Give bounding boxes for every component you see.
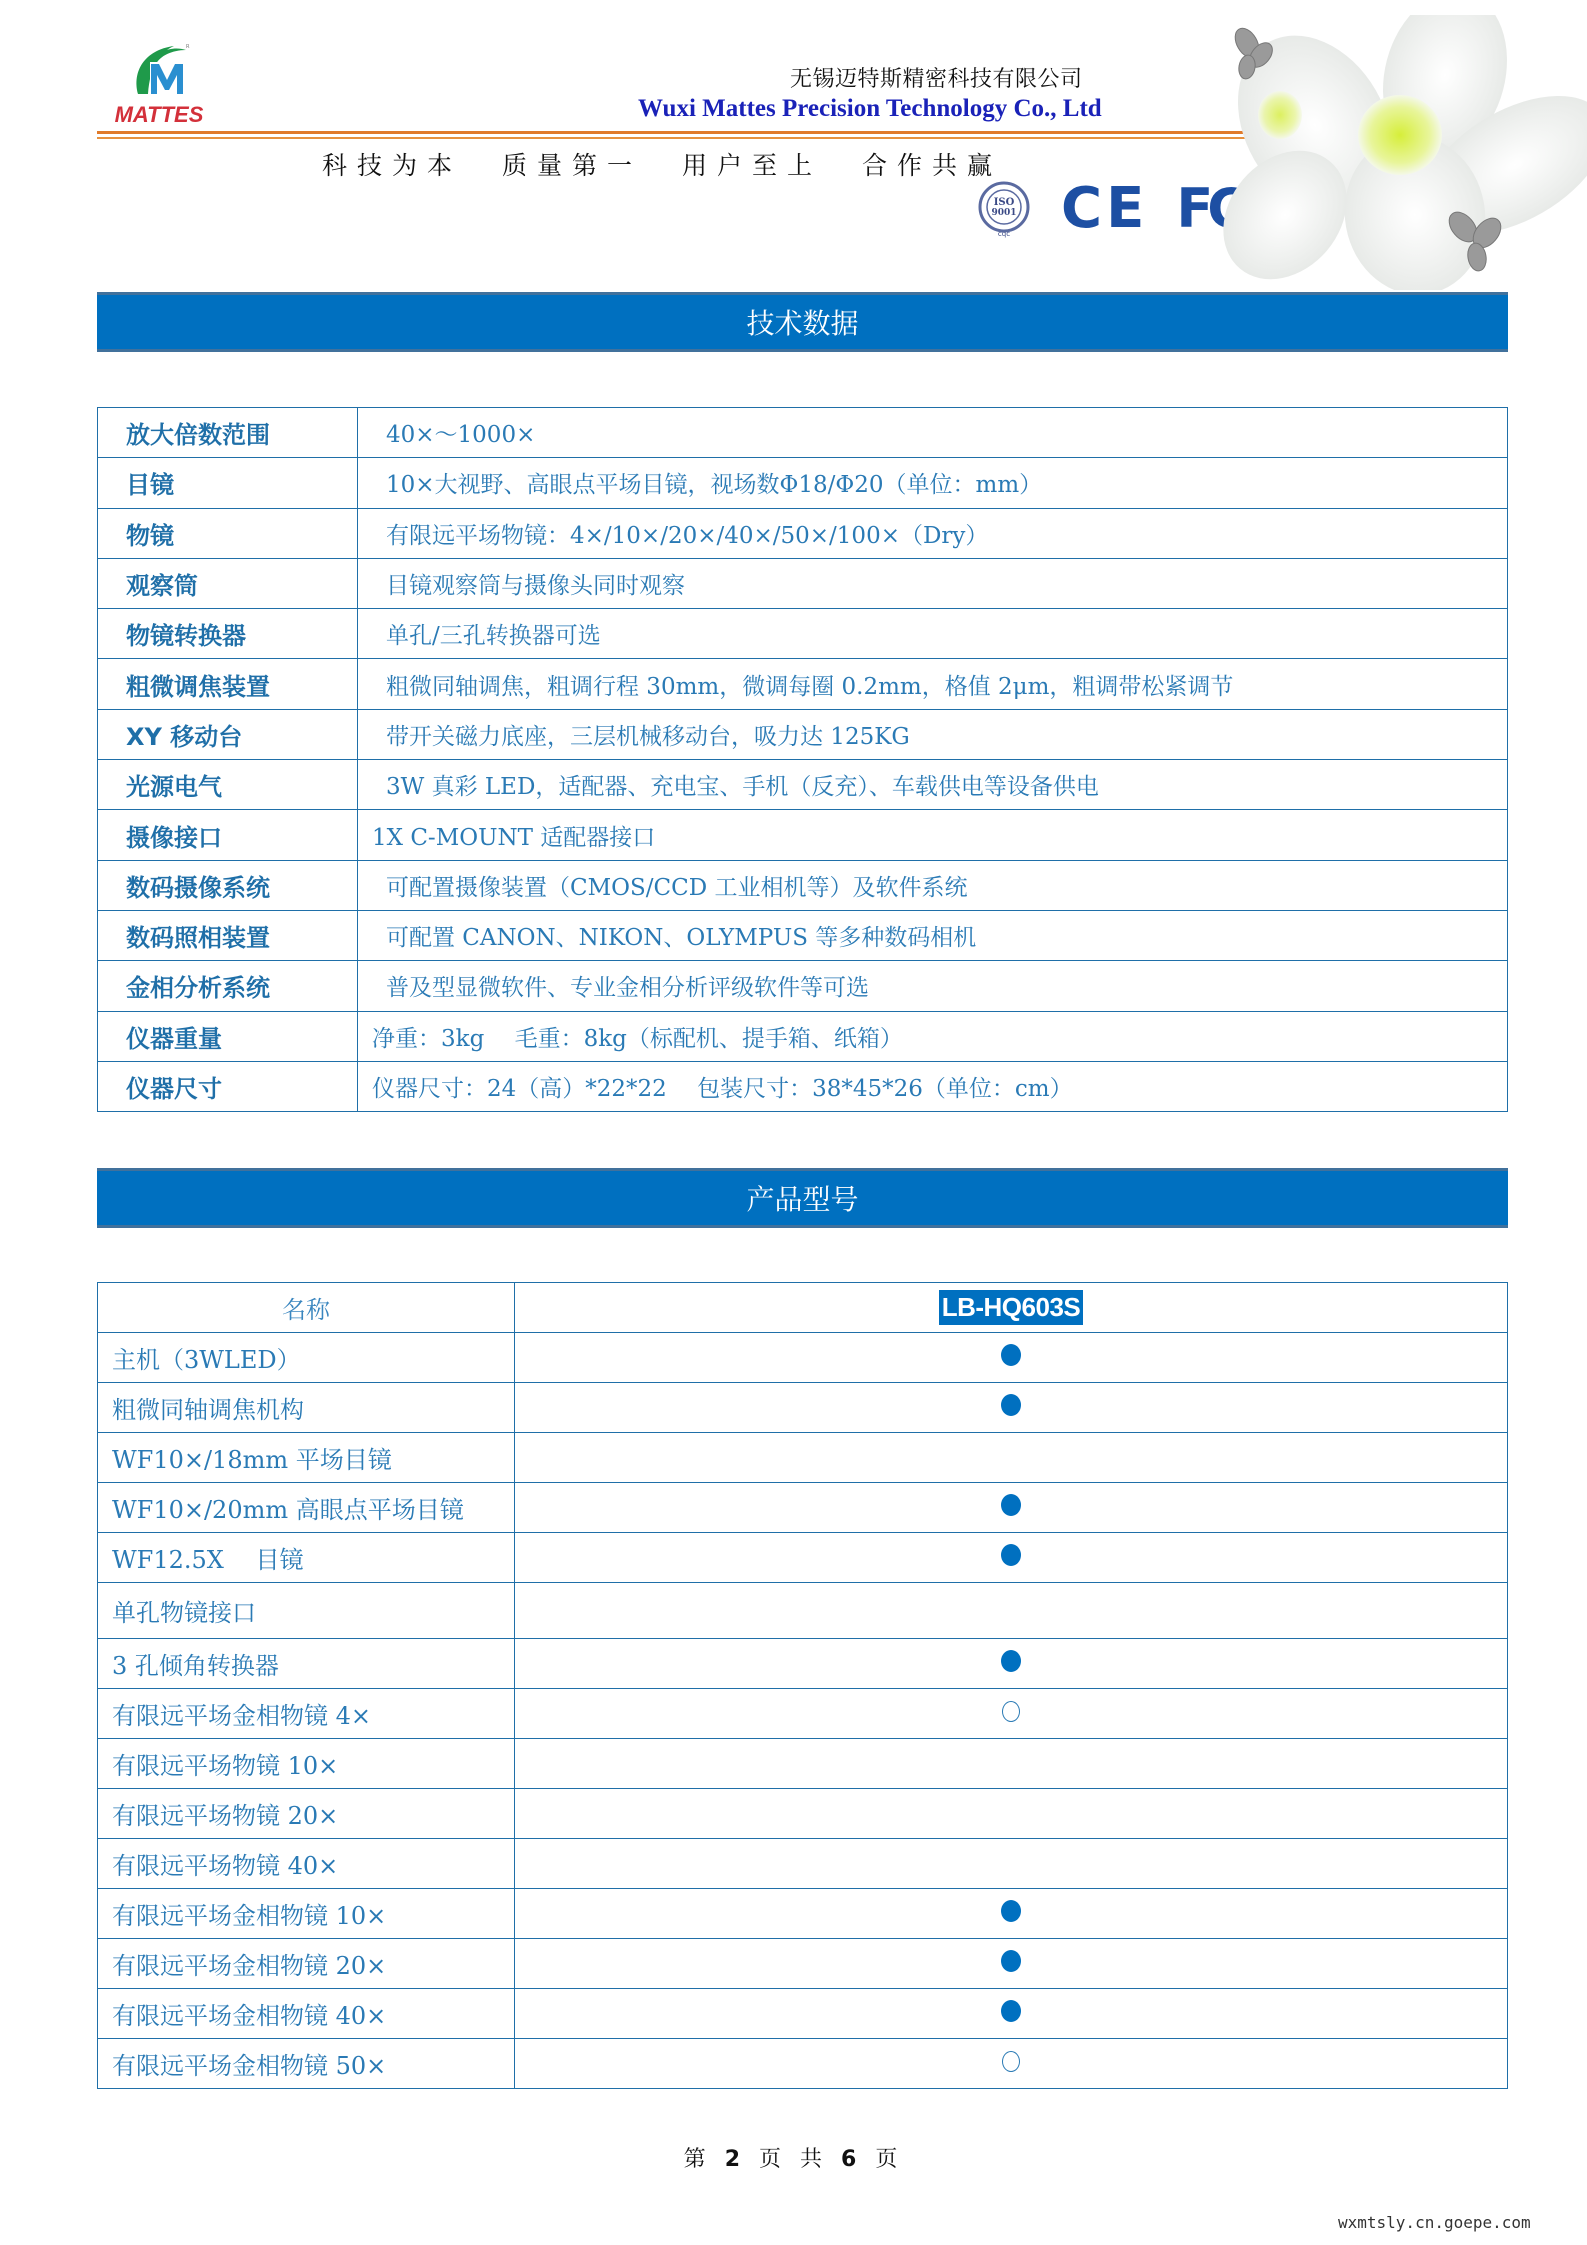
tech-spec-table: 放大倍数范围40×～1000× 目镜10×大视野、高眼点平场目镜，视场数Φ18/… (97, 407, 1508, 1112)
component-name: 有限远平场金相物镜 10× (98, 1889, 515, 1939)
inclusion-cell (515, 1639, 1508, 1689)
table-row: 有限远平场金相物镜 40× (98, 1989, 1508, 2039)
table-row: 主机（3WLED） (98, 1333, 1508, 1383)
mattes-logo-icon: R (130, 42, 190, 100)
spec-label: XY 移动台 (98, 709, 358, 759)
standard-included-icon (1001, 1544, 1021, 1566)
company-name-en: Wuxi Mattes Precision Technology Co., Lt… (638, 95, 1102, 123)
table-header-row: 名称 LB-HQ603S (98, 1283, 1508, 1333)
optional-icon (1002, 2051, 1020, 2072)
inclusion-cell (515, 1889, 1508, 1939)
inclusion-cell (515, 1939, 1508, 1989)
company-logo: R MATTES (100, 42, 218, 134)
component-name: 有限远平场金相物镜 4× (98, 1689, 515, 1739)
svg-text:9001: 9001 (991, 208, 1016, 218)
table-row: 单孔物镜接口 (98, 1583, 1508, 1639)
table-row: 有限远平场物镜 20× (98, 1789, 1508, 1839)
spec-label: 放大倍数范围 (98, 408, 358, 458)
optional-icon (1002, 1701, 1020, 1722)
component-name: 主机（3WLED） (98, 1333, 515, 1383)
inclusion-cell (515, 1583, 1508, 1639)
table-row: WF12.5X 目镜 (98, 1533, 1508, 1583)
spec-label: 物镜 (98, 508, 358, 558)
iso-9001-icon: ISO 9001 cqc (975, 180, 1033, 238)
spec-label: 金相分析系统 (98, 961, 358, 1011)
page-prefix: 第 (684, 2147, 712, 2172)
table-row: 有限远平场金相物镜 20× (98, 1939, 1508, 1989)
model-name-badge: LB-HQ603S (939, 1290, 1084, 1325)
spec-label: 仪器尺寸 (98, 1061, 358, 1111)
spec-value: 40×～1000× (358, 408, 1508, 458)
slogan-item: 质量第一 (502, 146, 642, 182)
ce-mark-icon: CE (1061, 180, 1148, 238)
svg-text:R: R (186, 44, 190, 50)
column-header-name: 名称 (98, 1283, 515, 1333)
standard-included-icon (1001, 1344, 1021, 1366)
component-name: 单孔物镜接口 (98, 1583, 515, 1639)
spec-value: 有限远平场物镜：4×/10×/20×/40×/50×/100×（Dry） (358, 508, 1508, 558)
inclusion-cell (515, 1383, 1508, 1433)
table-row: 放大倍数范围40×～1000× (98, 408, 1508, 458)
table-row: 数码照相装置可配置 CANON、NIKON、OLYMPUS 等多种数码相机 (98, 910, 1508, 960)
spec-label: 仪器重量 (98, 1011, 358, 1061)
logo-wordmark: MATTES (100, 102, 218, 128)
table-row: 摄像接口1X C-MOUNT 适配器接口 (98, 810, 1508, 860)
spec-value: 粗微同轴调焦，粗调行程 30mm，微调每圈 0.2mm，格值 2μm，粗调带松紧… (358, 659, 1508, 709)
spec-value: 净重：3kg 毛重：8kg（标配机、提手箱、纸箱） (358, 1011, 1508, 1061)
section-header-tech-data: 技术数据 (97, 292, 1508, 352)
inclusion-cell (515, 1333, 1508, 1383)
page-mid: 页 共 (759, 2147, 828, 2172)
component-name: 有限远平场金相物镜 20× (98, 1939, 515, 1989)
component-name: 有限远平场金相物镜 40× (98, 1989, 515, 2039)
inclusion-cell (515, 1789, 1508, 1839)
component-name: 有限远平场物镜 40× (98, 1839, 515, 1889)
spec-value: 带开关磁力底座，三层机械移动台，吸力达 125KG (358, 709, 1508, 759)
inclusion-cell (515, 1433, 1508, 1483)
spec-label: 粗微调焦装置 (98, 659, 358, 709)
column-header-model: LB-HQ603S (515, 1283, 1508, 1333)
table-row: 有限远平场金相物镜 4× (98, 1689, 1508, 1739)
spec-value: 3W 真彩 LED，适配器、充电宝、手机（反充）、车载供电等设备供电 (358, 760, 1508, 810)
spec-label: 光源电气 (98, 760, 358, 810)
table-row: 3 孔倾角转换器 (98, 1639, 1508, 1689)
component-name: WF10×/20mm 高眼点平场目镜 (98, 1483, 515, 1533)
table-row: 光源电气3W 真彩 LED，适配器、充电宝、手机（反充）、车载供电等设备供电 (98, 760, 1508, 810)
table-row: WF10×/18mm 平场目镜 (98, 1433, 1508, 1483)
component-name: 有限远平场金相物镜 50× (98, 2039, 515, 2089)
page-suffix: 页 (875, 2147, 903, 2172)
table-row: 目镜10×大视野、高眼点平场目镜，视场数Φ18/Φ20（单位：mm） (98, 458, 1508, 508)
spec-value: 可配置摄像装置（CMOS/CCD 工业相机等）及软件系统 (358, 860, 1508, 910)
spec-label: 观察筒 (98, 558, 358, 608)
table-row: 粗微调焦装置粗微同轴调焦，粗调行程 30mm，微调每圈 0.2mm，格值 2μm… (98, 659, 1508, 709)
svg-text:ISO: ISO (994, 197, 1015, 208)
spec-label: 摄像接口 (98, 810, 358, 860)
component-name: 有限远平场物镜 20× (98, 1789, 515, 1839)
slogan-item: 科技为本 (322, 146, 462, 182)
page-current: 2 (725, 2147, 746, 2172)
table-row: 物镜有限远平场物镜：4×/10×/20×/40×/50×/100×（Dry） (98, 508, 1508, 558)
slogan-item: 用户至上 (682, 146, 822, 182)
spec-value: 1X C-MOUNT 适配器接口 (358, 810, 1508, 860)
inclusion-cell (515, 1739, 1508, 1789)
inclusion-cell (515, 1839, 1508, 1889)
spec-value: 目镜观察筒与摄像头同时观察 (358, 558, 1508, 608)
standard-included-icon (1001, 2000, 1021, 2022)
table-row: XY 移动台带开关磁力底座，三层机械移动台，吸力达 125KG (98, 709, 1508, 759)
standard-included-icon (1001, 1950, 1021, 1972)
table-row: WF10×/20mm 高眼点平场目镜 (98, 1483, 1508, 1533)
standard-included-icon (1001, 1494, 1021, 1516)
table-row: 粗微同轴调焦机构 (98, 1383, 1508, 1433)
table-row: 物镜转换器单孔/三孔转换器可选 (98, 609, 1508, 659)
spec-value: 普及型显微软件、专业金相分析评级软件等可选 (358, 961, 1508, 1011)
table-row: 有限远平场物镜 40× (98, 1839, 1508, 1889)
flower-decoration-icon (1195, 15, 1587, 290)
standard-included-icon (1001, 1900, 1021, 1922)
inclusion-cell (515, 1533, 1508, 1583)
standard-included-icon (1001, 1650, 1021, 1672)
svg-text:cqc: cqc (998, 230, 1010, 238)
standard-included-icon (1001, 1394, 1021, 1416)
table-row: 观察筒目镜观察筒与摄像头同时观察 (98, 558, 1508, 608)
slogan-item: 合作共赢 (862, 146, 1002, 182)
inclusion-cell (515, 1483, 1508, 1533)
spec-label: 数码照相装置 (98, 910, 358, 960)
inclusion-cell (515, 2039, 1508, 2089)
spec-value: 10×大视野、高眼点平场目镜，视场数Φ18/Φ20（单位：mm） (358, 458, 1508, 508)
table-row: 有限远平场金相物镜 50× (98, 2039, 1508, 2089)
table-row: 金相分析系统普及型显微软件、专业金相分析评级软件等可选 (98, 961, 1508, 1011)
spec-value: 可配置 CANON、NIKON、OLYMPUS 等多种数码相机 (358, 910, 1508, 960)
company-name-cn: 无锡迈特斯精密科技有限公司 (790, 62, 1083, 93)
table-row: 仪器尺寸仪器尺寸：24（高）*22*22 包装尺寸：38*45*26（单位：cm… (98, 1061, 1508, 1111)
table-row: 有限远平场物镜 10× (98, 1739, 1508, 1789)
section-header-product-model: 产品型号 (97, 1168, 1508, 1228)
spec-value: 仪器尺寸：24（高）*22*22 包装尺寸：38*45*26（单位：cm） (358, 1061, 1508, 1111)
spec-label: 数码摄像系统 (98, 860, 358, 910)
slogan: 科技为本质量第一用户至上合作共赢 (322, 146, 1042, 182)
component-name: 有限远平场物镜 10× (98, 1739, 515, 1789)
component-name: 3 孔倾角转换器 (98, 1639, 515, 1689)
page-total: 6 (841, 2147, 862, 2172)
product-model-table: 名称 LB-HQ603S 主机（3WLED） 粗微同轴调焦机构 WF10×/18… (97, 1282, 1508, 2089)
component-name: WF12.5X 目镜 (98, 1533, 515, 1583)
spec-label: 目镜 (98, 458, 358, 508)
spec-label: 物镜转换器 (98, 609, 358, 659)
table-row: 有限远平场金相物镜 10× (98, 1889, 1508, 1939)
table-row: 仪器重量净重：3kg 毛重：8kg（标配机、提手箱、纸箱） (98, 1011, 1508, 1061)
page-number: 第 2 页 共 6 页 (0, 2142, 1587, 2173)
spec-value: 单孔/三孔转换器可选 (358, 609, 1508, 659)
inclusion-cell (515, 1989, 1508, 2039)
table-row: 数码摄像系统可配置摄像装置（CMOS/CCD 工业相机等）及软件系统 (98, 860, 1508, 910)
component-name: 粗微同轴调焦机构 (98, 1383, 515, 1433)
inclusion-cell (515, 1689, 1508, 1739)
component-name: WF10×/18mm 平场目镜 (98, 1433, 515, 1483)
watermark-url: wxmtsly.cn.goepe.com (1338, 2213, 1531, 2232)
